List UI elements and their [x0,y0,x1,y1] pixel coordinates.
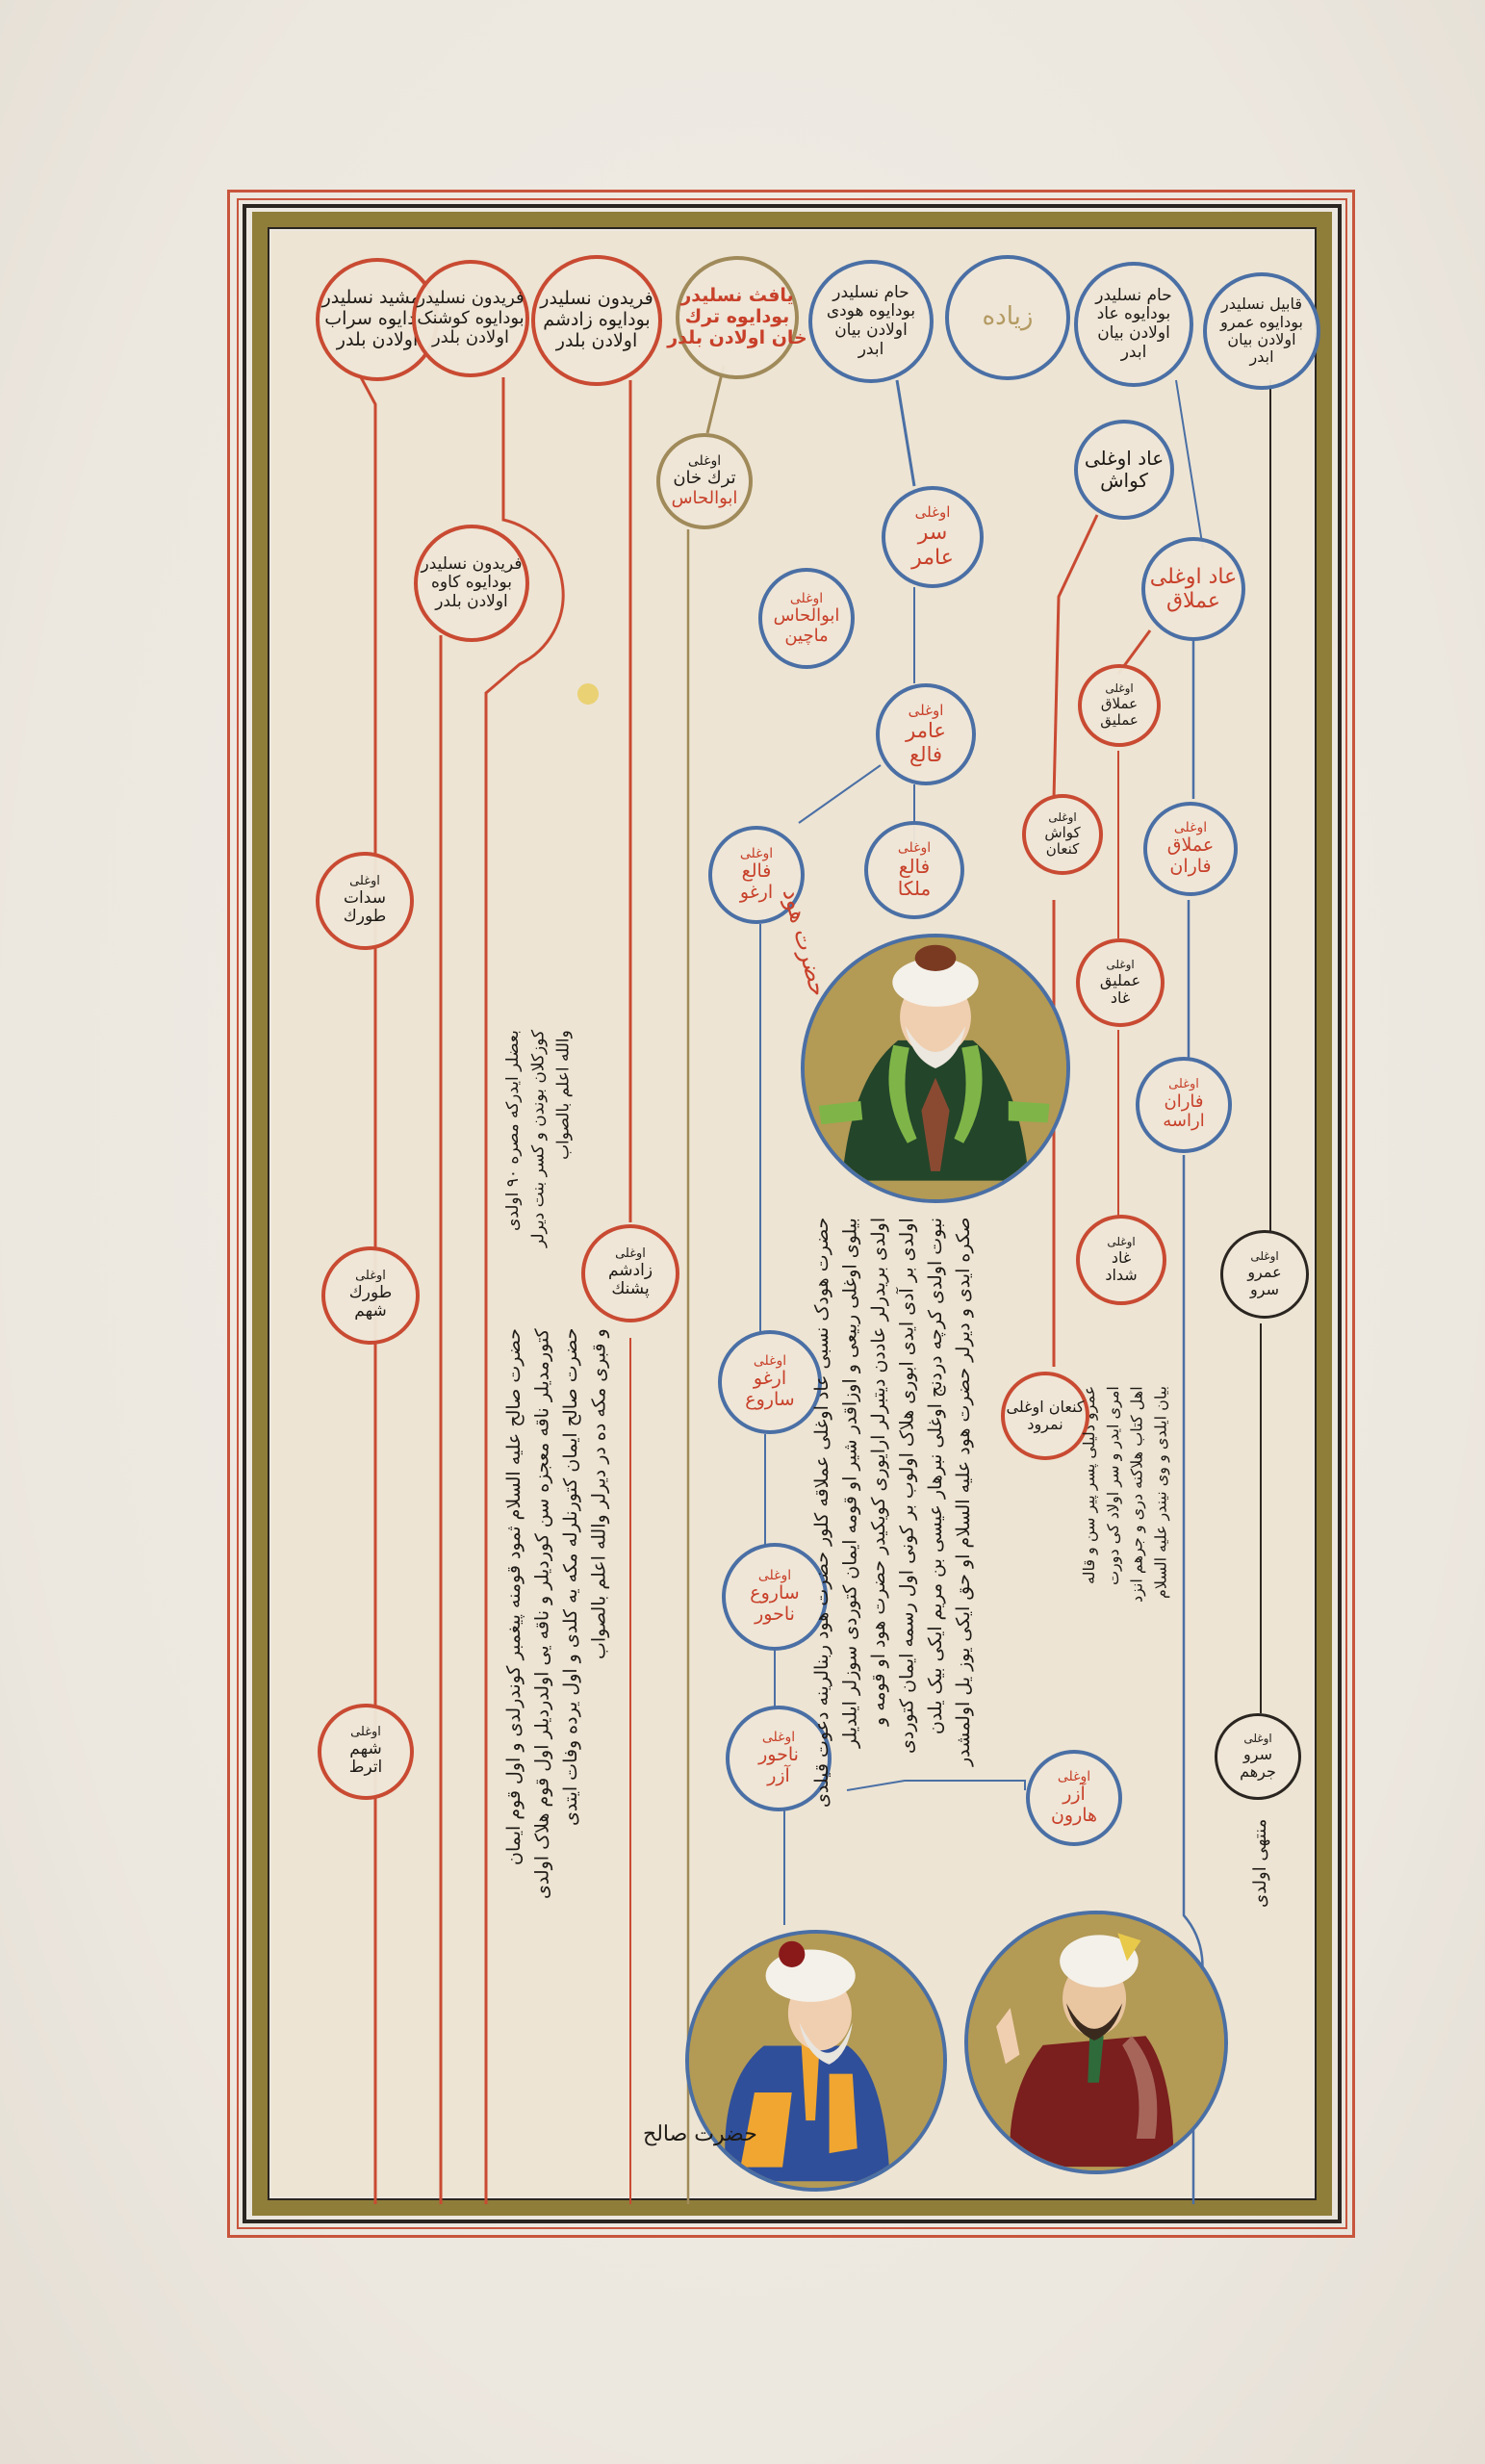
medallion-line: اوغلی [762,1730,795,1745]
medallion-line: اوغلی [1174,820,1207,835]
text-line: کوزکلان بوندن و کسر بنت دیرلر [525,1030,550,1242]
medallion-line: جرهم [1240,1763,1276,1781]
medallion-line: ابدر [1249,348,1273,366]
medallion-line: پشنك [611,1280,649,1299]
medallion-line: اولادن بیان [834,321,908,341]
medallion-zadsham-pashang: اوغلی زادشم پشنك [581,1224,679,1322]
medallion-line: ابوالحاس [672,489,738,509]
medallion-line: خان اولادن بلدر [667,328,807,349]
salih-label: حضرت صالح [643,2122,757,2146]
text-line: حضرت صالح علیه السلام ثمود قومنه پیغمبر … [500,1328,528,2156]
medallion-line: اوغلی [915,504,951,521]
medallion-line: بودایوه زادشم [543,310,650,331]
medallion-line: اوغلی [1105,682,1133,696]
medallion-line: اوغلی [688,453,721,469]
medallion-line: فاران [1165,1092,1204,1113]
medallion-line: اوغلی [1168,1078,1199,1092]
medallion-line: فریدون نسلیدر [417,289,524,309]
medallion-line: فالع [899,856,930,878]
medallion-line: حام نسلیدر [832,284,909,303]
medallion-line: فریدون نسلیدر [421,555,522,575]
medallion-line: غاد [1112,1249,1131,1267]
medallion-line: کواش [1100,470,1148,492]
medallion-line: اوغلی [1250,1250,1278,1264]
medallion-line: اوغلی [740,846,773,861]
jurhum-note: منتهی اولدی [1247,1819,1274,1963]
medallion-line: اولادن بلدر [432,328,509,348]
medallion-line: عملاق [1167,835,1214,857]
text-line: اولدی بریدرلر عاددن دیتبرلر ارایوری کویک… [865,1218,893,1911]
medallion-line: ترك خان [673,469,735,489]
medallion-line: شداد [1105,1267,1137,1284]
medallion-amr-sar: اوغلی عمرو سرو [1220,1230,1309,1319]
medallion-amlaq-amliq: اوغلی عملاق عملیق [1078,664,1161,747]
medallion-amlaq-faran: اوغلی عملاق فاران [1143,802,1238,896]
medallion-arghu-saruj: اوغلی ارغو ساروع [718,1330,822,1434]
salih-narrative-text: حضرت صالح علیه السلام ثمود قومنه پیغمبر … [500,1328,614,2156]
medallion-line: اولادن بلدر [556,331,637,352]
medallion-line: ملکا [898,878,931,900]
medallion-line: هارون [1051,1806,1097,1827]
medallion-line: زادشم [608,1262,653,1281]
medallion-yafes: یافث نسلیدر بودایوه ترك خان اولادن بلدر [676,256,799,379]
text-line: اهل کتاب هلاکنه دری و جرهم انزد [1126,1386,1150,1713]
medallion-abulhas-machin: اوغلی ابوالحاس ماچین [758,568,855,669]
medallion-line: عاد اوغلی [1085,448,1164,470]
medallion-line: ساروع [750,1583,799,1604]
medallion-line: اوغلی [790,591,823,606]
medallion-line: اترط [349,1758,383,1778]
medallion-line: یافث نسلیدر [680,286,793,307]
text-line: والله اعلم بالصواب [551,1030,576,1242]
medallion-line: آزر [1063,1784,1086,1806]
medallion-kavash-kanan: اوغلی کواش کنعان [1022,794,1103,875]
medallion-line: قابیل نسلیدر [1221,295,1302,313]
medallion-line: اوغلی [758,1568,791,1583]
medallion-line: فریدون نسلیدر [540,289,653,310]
text-line: نبوت اولدی کرچه دردنج اوغلی نبرهار عیسی … [922,1218,950,1911]
medallion-line: بودایوه عمرو [1220,314,1303,331]
medallion-line: عملاق [1101,696,1138,712]
medallion-ham-hud: حام نسلیدر بودایوه هودی اولادن بیان ابدر [808,260,934,383]
medallion-line: نمرود [1027,1416,1063,1433]
text-line: حضرت هودک نسبی عاد اوغلی عملاقه کلور حضر… [808,1218,836,1911]
kneeling-figure-blue-icon [689,1934,943,2188]
medallion-turk-shahm: اوغلی طورك شهم [321,1246,420,1345]
medallion-line: ارغو [740,883,773,904]
medallion-shahm-atrat: اوغلی شهم اترط [318,1704,414,1800]
medallion-line: ابوالحاس [774,606,840,627]
medallion-kanan-nimrud: کنعان اوغلی نمرود [1001,1372,1089,1460]
medallion-feridun-kava: فریدون نسلیدر بودایوه کاوه اولادن بلدر [414,525,529,642]
text-line: بیان ایلدی و وی نیندر علیه السلام [1149,1386,1173,1713]
medallion-line: عملیق [1100,972,1140,989]
medallion-ser-amir: اوغلی سر عامر [882,486,984,588]
text-line: بیلوی اوغلی ربیعی و اوزاقدر شیر او قومه … [836,1218,864,1911]
text-line: امری ایدر و سر اولاد کی دورت [1102,1386,1126,1713]
medallion-turk-abulhas: اوغلی ترك خان ابوالحاس [656,433,753,529]
medallion-line: کنعان [1046,841,1080,858]
portrait-hud [801,934,1070,1203]
medallion-amliq-ghad: اوغلی عملیق غاد [1076,938,1165,1027]
medallion-line: عملیق [1100,712,1139,729]
medallion-line: اوغلی [909,703,944,719]
upper-left-note: بعضلر ایدرکه مصره ۹۰ اولدی کوزکلان بوندن… [500,1030,576,1242]
medallion-line: اوغلی [1243,1732,1271,1746]
medallion-line: اوغلی [1106,959,1134,972]
text-line: حضرت صالح ایمان کتورنلرله مکه یه کلدی و … [557,1328,585,2156]
medallion-line: فاران [1169,857,1211,878]
medallion-line: اولادن بیان [1227,331,1295,348]
medallion-line: اوغلی [355,1270,386,1284]
medallion-line: اوغلی [350,1726,381,1740]
medallion-line: کواش [1044,825,1080,841]
medallion-line: اوغلی [754,1353,786,1369]
medallion-ad-amlaq: عاد اوغلی عملاق [1141,537,1245,641]
medallion-line: بودایوه هودی [827,302,915,321]
text-line: عمرو دلیلی پسر پیر سن و قاله [1078,1386,1102,1713]
medallion-line: اولادن بلدر [435,593,508,612]
medallion-line: سرو [1243,1746,1272,1763]
medallion-line: ابدر [1121,344,1147,363]
medallion-line: ماچین [784,627,828,647]
medallion-faran-arasa: اوغلی فاران اراسه [1136,1057,1232,1153]
text-line: صکره ایدی و دیرلر حضرت هود علیه السلام ا… [950,1218,978,1911]
medallion-line: فالع [909,743,942,766]
text-line: بعضلر ایدرکه مصره ۹۰ اولدی [500,1030,525,1242]
medallion-line: عملاق [1166,589,1220,613]
kneeling-figure-maroon-icon [968,1914,1224,2170]
medallion-line: شهم [349,1740,381,1759]
medallion-line: اوغلی [1058,1769,1090,1784]
medallion-line: بودایوه کوشنک [417,309,524,329]
medallion-line: اوغلی [898,840,931,856]
medallion-sar-jurhum: اوغلی سرو جرهم [1215,1713,1301,1800]
medallion-line: ابدر [858,341,884,360]
medallion-line: اولادن بلدر [337,330,418,351]
medallion-sedat-turk: اوغلی سدات طورك [316,852,414,950]
medallion-line: غاد [1111,989,1130,1007]
portrait-harun [964,1911,1228,2174]
medallion-line: کنعان اوغلی [1006,1399,1084,1416]
medallion-line: سدات [344,889,386,909]
medallion-line: آزر [767,1766,790,1787]
medallion-line: شهم [354,1302,386,1322]
text-line: و قبری مکه ده در دیرلر والله اعلم بالصوا… [585,1328,613,2156]
medallion-line: عامر [911,546,954,570]
medallion-line: اوغلی [1048,811,1076,825]
seated-figure-green-icon [805,937,1066,1199]
medallion-line: بودایوه کاوه [431,574,512,593]
medallion-line: اوغلی [615,1247,646,1262]
medallion-line: ساروع [745,1390,794,1411]
medallion-falih-malka: اوغلی فالع ملکا [864,821,964,919]
medallion-line: حام نسلیدر [1095,287,1171,306]
medallion-line: عمرو [1247,1264,1281,1281]
hud-narrative-text: حضرت هودک نسبی عاد اوغلی عملاقه کلور حضر… [808,1218,979,1911]
text-line: منتهی اولدی [1247,1819,1274,1963]
medallion-ad-kavash: عاد اوغلی کواش [1074,420,1174,520]
medallion-line: اراسه [1163,1112,1204,1132]
medallion-line: بودایوه عاد [1097,305,1171,324]
medallion-line: اوغلی [1107,1236,1135,1249]
medallion-line: سرو [1250,1281,1279,1298]
portrait-salih [685,1930,947,2192]
medallion-line: ناحور [755,1604,795,1626]
manuscript-page: جمشید نسلیدر بودایوه سراب اولادن بلدر فر… [0,0,1485,2464]
right-note: عمرو دلیلی پسر پیر سن و قاله امری ایدر و… [1078,1386,1173,1713]
medallion-line: عاد اوغلی [1150,565,1237,589]
medallion-amir-falih: اوغلی عامر فالع [876,683,976,785]
medallion-line: بودایوه ترك [685,307,790,328]
medallion-line: طورك [349,1284,393,1303]
text-line: کتورمدیلر ناقه معجزه سن کوردیلر و ناقه ی… [528,1328,556,2156]
medallion-feridun-1: فریدون نسلیدر بودایوه کوشنک اولادن بلدر [412,260,529,377]
medallion-line: زیاده [983,303,1034,332]
medallion-line: فالع [742,861,772,883]
medallion-ghad-shaddad: اوغلی غاد شداد [1076,1215,1166,1305]
medallion-line: اوغلی [349,875,380,889]
medallion-line: سر [918,521,948,545]
medallion-line: اولادن بیان [1097,324,1170,344]
medallion-azar-harun: اوغلی آزر هارون [1026,1750,1122,1846]
medallion-line: عامر [906,719,946,742]
medallion-line: ناحور [758,1745,799,1766]
text-line: اولدی بر آدی ایدی ابوری هلاک اولوب بر کو… [893,1218,921,1911]
medallion-ziyade: زیاده [945,255,1070,380]
medallion-line: طورك [344,908,387,927]
medallion-feridun-2: فریدون نسلیدر بودایوه زادشم اولادن بلدر [531,255,662,386]
medallion-qabil-amr: قابیل نسلیدر بودایوه عمرو اولادن بیان اب… [1203,272,1320,390]
medallion-ham-ad: حام نسلیدر بودایوه عاد اولادن بیان ابدر [1074,262,1193,387]
medallion-line: ارغو [754,1369,786,1390]
